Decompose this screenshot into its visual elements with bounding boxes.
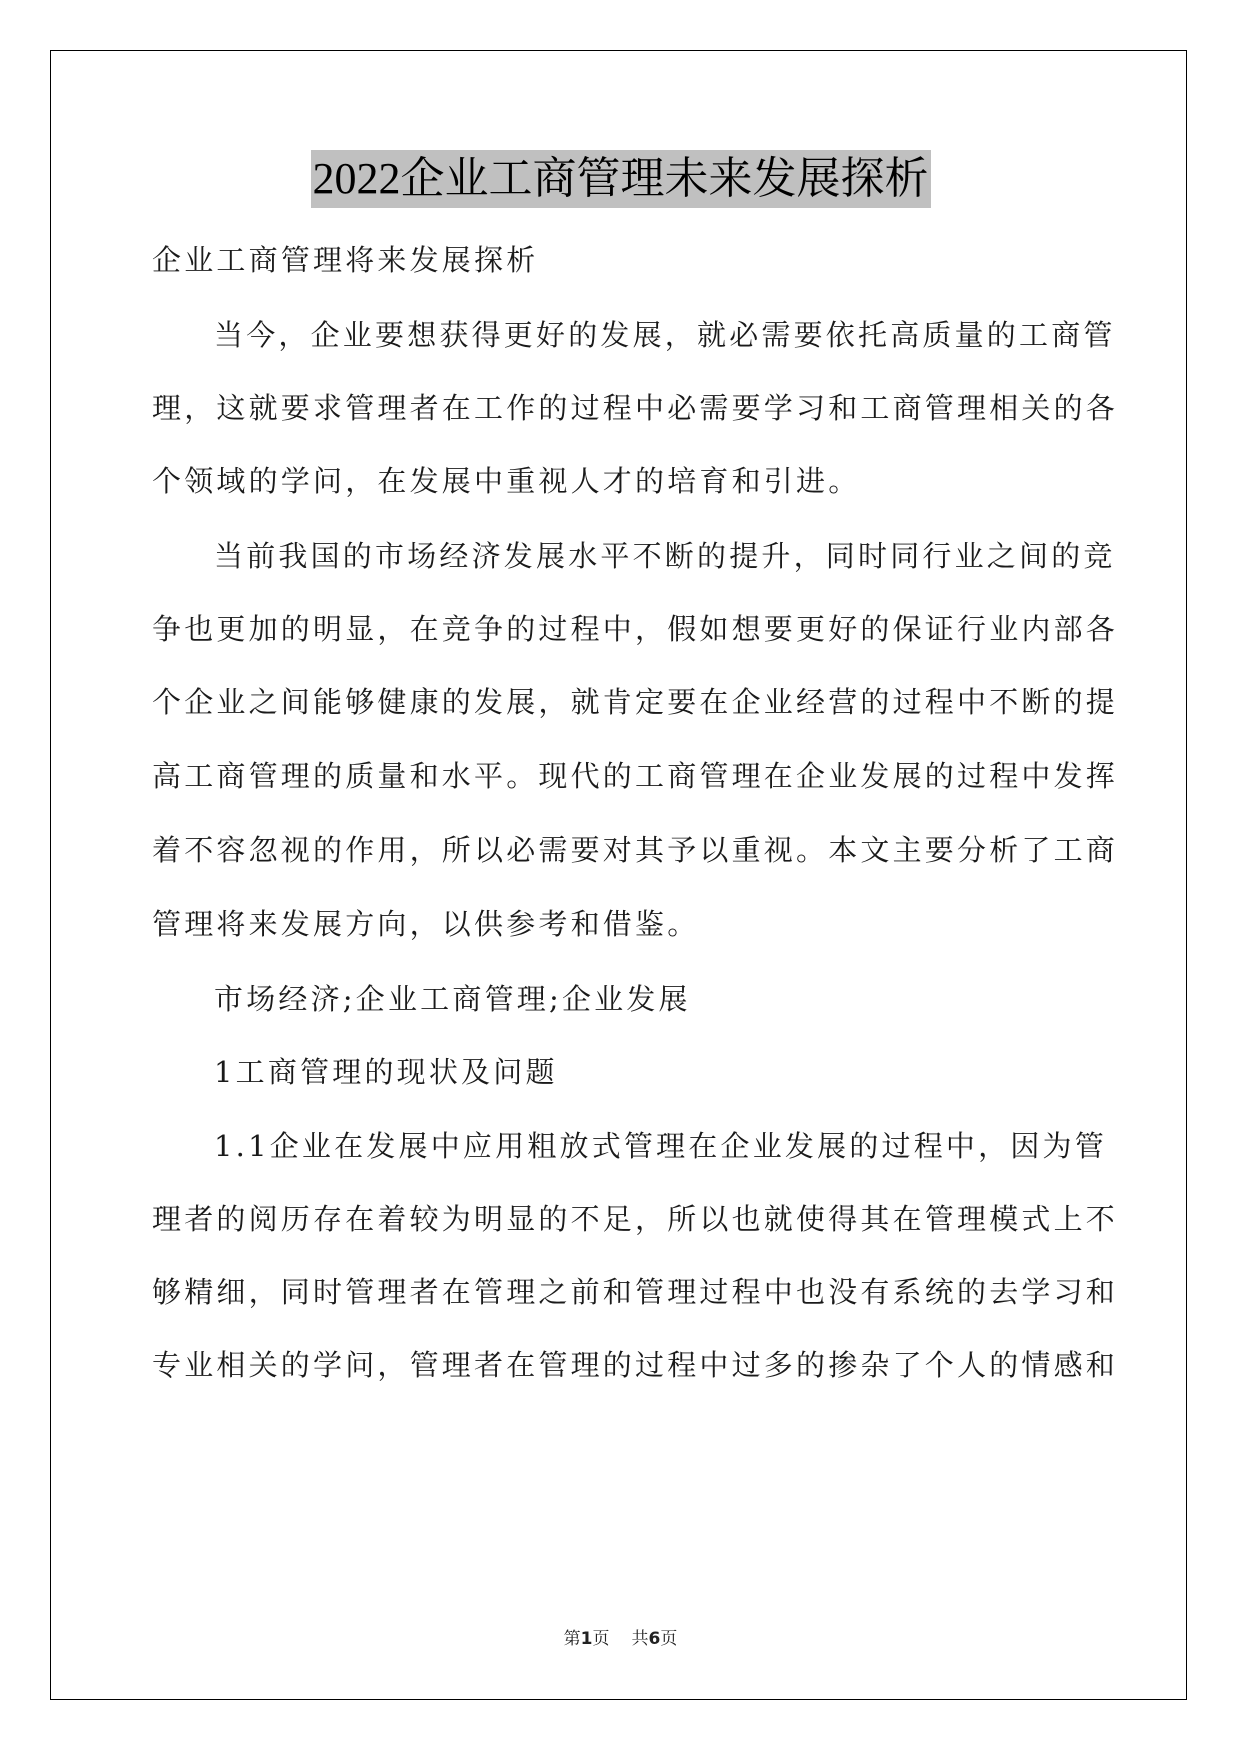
total-pages-number: 6 [649,1629,661,1649]
paragraph-line: 理者的阅历存在着较为明显的不足，所以也就使得其在管理模式上不 [152,1199,1118,1239]
keywords-line: 市场经济;企业工商管理;企业发展 [214,979,691,1019]
title-container: 2022企业工商管理未来发展探析 [0,150,1241,208]
paragraph-line: 当前我国的市场经济发展水平不断的提升，同时同行业之间的竞 [214,536,1116,576]
section-heading: 1工商管理的现状及问题 [214,1052,558,1092]
total-prefix: 共 [632,1629,649,1649]
paragraph-line: 当今，企业要想获得更好的发展，就必需要依托高质量的工商管 [214,315,1116,355]
paragraph-line: 专业相关的学问，管理者在管理的过程中过多的掺杂了个人的情感和 [152,1345,1118,1385]
paragraph-line: 管理将来发展方向，以供参考和借鉴。 [152,904,699,944]
paragraph-line: 争也更加的明显，在竞争的过程中，假如想要更好的保证行业内部各 [152,609,1118,649]
paragraph-line: 个企业之间能够健康的发展，就肯定要在企业经营的过程中不断的提 [152,682,1118,722]
document-subtitle: 企业工商管理将来发展探析 [152,240,538,280]
paragraph-line: 高工商管理的质量和水平。现代的工商管理在企业发展的过程中发挥 [152,756,1118,796]
total-suffix: 页 [660,1629,677,1649]
paragraph-line: 够精细，同时管理者在管理之前和管理过程中也没有系统的去学习和 [152,1272,1118,1312]
paragraph-line: 1.1企业在发展中应用粗放式管理在企业发展的过程中，因为管 [214,1126,1107,1166]
current-page-number: 1 [581,1629,593,1649]
page-prefix: 第 [564,1629,581,1649]
document-title: 2022企业工商管理未来发展探析 [311,150,931,208]
paragraph-line: 着不容忽视的作用，所以必需要对其予以重视。本文主要分析了工商 [152,830,1118,870]
paragraph-line: 个领域的学问，在发展中重视人才的培育和引进。 [152,461,860,501]
paragraph-line: 理，这就要求管理者在工作的过程中必需要学习和工商管理相关的各 [152,388,1118,428]
page-footer: 第1页共6页 [0,1628,1241,1650]
page-border [50,50,1187,1700]
page-suffix: 页 [593,1629,610,1649]
